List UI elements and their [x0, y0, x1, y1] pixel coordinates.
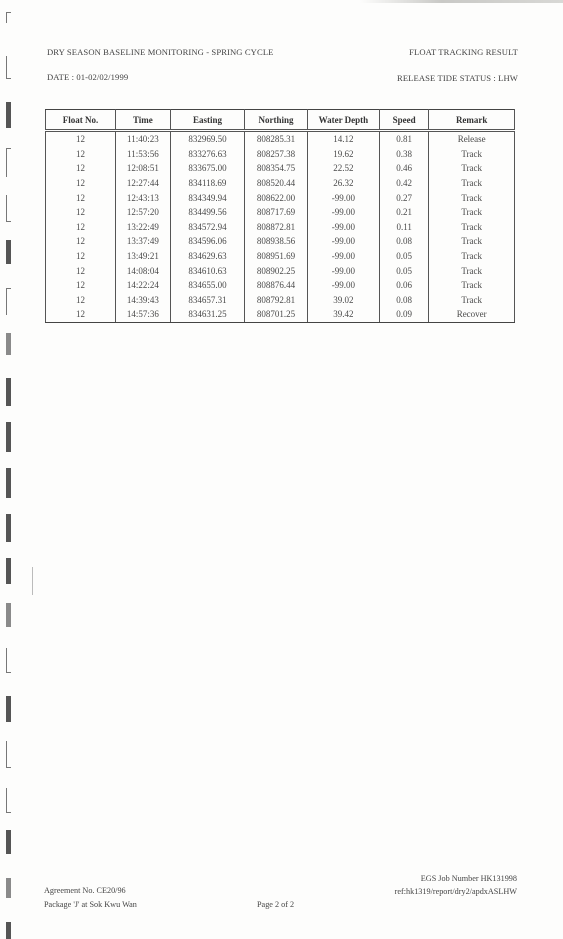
cell-easting: 834349.94: [170, 190, 244, 205]
binding-mark: [6, 468, 11, 498]
cell-speed: 0.08: [379, 293, 428, 308]
cell-remark: Track: [429, 278, 515, 293]
column-header-speed: Speed: [379, 110, 428, 131]
binding-mark: [6, 288, 11, 315]
cell-speed: 0.08: [379, 234, 428, 249]
binding-mark: [6, 878, 11, 898]
cell-time: 14:22:24: [116, 278, 171, 293]
binding-mark: [6, 148, 11, 177]
cell-easting: 833675.00: [170, 161, 244, 176]
cell-water-depth: 22.52: [307, 161, 379, 176]
cell-remark: Track: [429, 205, 515, 220]
binding-mark: [6, 603, 11, 627]
cell-water-depth: -99.00: [307, 220, 379, 235]
cell-speed: 0.21: [379, 205, 428, 220]
cell-time: 11:40:23: [116, 131, 171, 147]
cell-float-no: 12: [46, 161, 116, 176]
file-reference: ref:hk1319/report/dry2/apdxASLHW: [395, 887, 517, 896]
binding-mark: [6, 922, 11, 939]
scan-artifact-line: [32, 567, 33, 595]
binding-mark: [6, 422, 11, 452]
column-header-northing: Northing: [245, 110, 308, 131]
binding-mark: [6, 558, 11, 584]
cell-time: 12:08:51: [116, 161, 171, 176]
table-row: 1214:57:36834631.25808701.2539.420.09Rec…: [46, 307, 515, 322]
cell-remark: Track: [429, 234, 515, 249]
cell-speed: 0.06: [379, 278, 428, 293]
cell-speed: 0.11: [379, 220, 428, 235]
binding-mark: [6, 696, 11, 722]
column-header-remark: Remark: [429, 110, 515, 131]
cell-easting: 834596.06: [170, 234, 244, 249]
cell-water-depth: -99.00: [307, 263, 379, 278]
cell-water-depth: -99.00: [307, 278, 379, 293]
cell-time: 11:53:56: [116, 147, 171, 162]
binding-mark: [6, 56, 11, 79]
cell-northing: 808701.25: [245, 307, 308, 322]
table-row: 1213:22:49834572.94808872.81-99.000.11Tr…: [46, 220, 515, 235]
cell-time: 13:37:49: [116, 234, 171, 249]
column-header-float-no: Float No.: [46, 110, 116, 131]
cell-water-depth: -99.00: [307, 234, 379, 249]
binding-mark: [6, 195, 11, 222]
report-title: DRY SEASON BASELINE MONITORING - SPRING …: [47, 47, 274, 57]
cell-speed: 0.27: [379, 190, 428, 205]
binding-mark: [6, 648, 11, 673]
cell-northing: 808902.25: [245, 263, 308, 278]
cell-water-depth: -99.00: [307, 205, 379, 220]
column-header-water-depth: Water Depth: [307, 110, 379, 131]
binding-mark: [6, 741, 11, 768]
cell-remark: Track: [429, 293, 515, 308]
cell-speed: 0.42: [379, 176, 428, 191]
cell-water-depth: 39.02: [307, 293, 379, 308]
binding-mark: [6, 240, 11, 264]
cell-remark: Track: [429, 263, 515, 278]
cell-northing: 808622.00: [245, 190, 308, 205]
column-header-easting: Easting: [170, 110, 244, 131]
float-tracking-table: Float No. Time Easting Northing Water De…: [45, 109, 515, 323]
cell-float-no: 12: [46, 190, 116, 205]
table-row: 1212:08:51833675.00808354.7522.520.46Tra…: [46, 161, 515, 176]
cell-easting: 834499.56: [170, 205, 244, 220]
cell-remark: Track: [429, 147, 515, 162]
release-tide-status: RELEASE TIDE STATUS : LHW: [397, 73, 518, 83]
cell-float-no: 12: [46, 293, 116, 308]
cell-float-no: 12: [46, 147, 116, 162]
cell-float-no: 12: [46, 249, 116, 264]
cell-northing: 808938.56: [245, 234, 308, 249]
cell-speed: 0.05: [379, 263, 428, 278]
column-header-time: Time: [116, 110, 171, 131]
cell-northing: 808520.44: [245, 176, 308, 191]
cell-speed: 0.05: [379, 249, 428, 264]
cell-speed: 0.09: [379, 307, 428, 322]
binding-mark: [6, 333, 11, 355]
cell-northing: 808354.75: [245, 161, 308, 176]
table-row: 1214:22:24834655.00808876.44-99.000.06Tr…: [46, 278, 515, 293]
table-row: 1214:39:43834657.31808792.8139.020.08Tra…: [46, 293, 515, 308]
cell-northing: 808792.81: [245, 293, 308, 308]
cell-easting: 834572.94: [170, 220, 244, 235]
cell-speed: 0.46: [379, 161, 428, 176]
package-name: Package 'J' at Sok Kwu Wan: [44, 900, 137, 909]
cell-northing: 808285.31: [245, 131, 308, 147]
cell-remark: Track: [429, 176, 515, 191]
cell-remark: Track: [429, 249, 515, 264]
cell-water-depth: -99.00: [307, 190, 379, 205]
cell-northing: 808951.69: [245, 249, 308, 264]
cell-float-no: 12: [46, 263, 116, 278]
cell-speed: 0.81: [379, 131, 428, 147]
cell-time: 12:57:20: [116, 205, 171, 220]
cell-easting: 834657.31: [170, 293, 244, 308]
table-row: 1211:53:56833276.63808257.3819.620.38Tra…: [46, 147, 515, 162]
cell-water-depth: 14.12: [307, 131, 379, 147]
agreement-number: Agreement No. CE20/96: [44, 886, 126, 895]
cell-northing: 808257.38: [245, 147, 308, 162]
cell-time: 14:39:43: [116, 293, 171, 308]
cell-easting: 834629.63: [170, 249, 244, 264]
table-row: 1212:27:44834118.69808520.4426.320.42Tra…: [46, 176, 515, 191]
cell-time: 13:49:21: [116, 249, 171, 264]
binding-mark: [6, 514, 11, 542]
table-row: 1212:57:20834499.56808717.69-99.000.21Tr…: [46, 205, 515, 220]
cell-water-depth: 39.42: [307, 307, 379, 322]
cell-remark: Track: [429, 220, 515, 235]
report-type: FLOAT TRACKING RESULT: [409, 47, 518, 57]
cell-time: 13:22:49: [116, 220, 171, 235]
cell-remark: Recover: [429, 307, 515, 322]
cell-easting: 833276.63: [170, 147, 244, 162]
cell-easting: 834631.25: [170, 307, 244, 322]
binding-mark: [6, 830, 11, 854]
binding-mark: [6, 12, 11, 23]
cell-time: 14:08:04: [116, 263, 171, 278]
cell-float-no: 12: [46, 220, 116, 235]
cell-float-no: 12: [46, 234, 116, 249]
cell-speed: 0.38: [379, 147, 428, 162]
cell-remark: Track: [429, 161, 515, 176]
table-row: 1214:08:04834610.63808902.25-99.000.05Tr…: [46, 263, 515, 278]
cell-easting: 834655.00: [170, 278, 244, 293]
report-date: DATE : 01-02/02/1999: [47, 72, 128, 82]
cell-float-no: 12: [46, 131, 116, 147]
table-row: 1211:40:23832969.50808285.3114.120.81Rel…: [46, 131, 515, 147]
cell-northing: 808717.69: [245, 205, 308, 220]
job-number: EGS Job Number HK131998: [421, 874, 517, 883]
binding-mark: [6, 788, 11, 813]
table-row: 1213:37:49834596.06808938.56-99.000.08Tr…: [46, 234, 515, 249]
cell-water-depth: 26.32: [307, 176, 379, 191]
cell-float-no: 12: [46, 176, 116, 191]
cell-float-no: 12: [46, 278, 116, 293]
cell-time: 14:57:36: [116, 307, 171, 322]
cell-time: 12:43:13: [116, 190, 171, 205]
cell-easting: 834610.63: [170, 263, 244, 278]
cell-float-no: 12: [46, 205, 116, 220]
cell-easting: 834118.69: [170, 176, 244, 191]
cell-easting: 832969.50: [170, 131, 244, 147]
cell-remark: Track: [429, 190, 515, 205]
cell-remark: Release: [429, 131, 515, 147]
cell-northing: 808876.44: [245, 278, 308, 293]
scan-edge-shadow: [360, 0, 563, 3]
table-body: 1211:40:23832969.50808285.3114.120.81Rel…: [46, 131, 515, 323]
cell-northing: 808872.81: [245, 220, 308, 235]
binding-mark: [6, 102, 11, 128]
table-row: 1212:43:13834349.94808622.00-99.000.27Tr…: [46, 190, 515, 205]
table-row: 1213:49:21834629.63808951.69-99.000.05Tr…: [46, 249, 515, 264]
page-number: Page 2 of 2: [257, 900, 294, 909]
binding-mark: [6, 378, 11, 406]
cell-water-depth: -99.00: [307, 249, 379, 264]
cell-time: 12:27:44: [116, 176, 171, 191]
cell-water-depth: 19.62: [307, 147, 379, 162]
table-header-row: Float No. Time Easting Northing Water De…: [46, 110, 515, 131]
cell-float-no: 12: [46, 307, 116, 322]
